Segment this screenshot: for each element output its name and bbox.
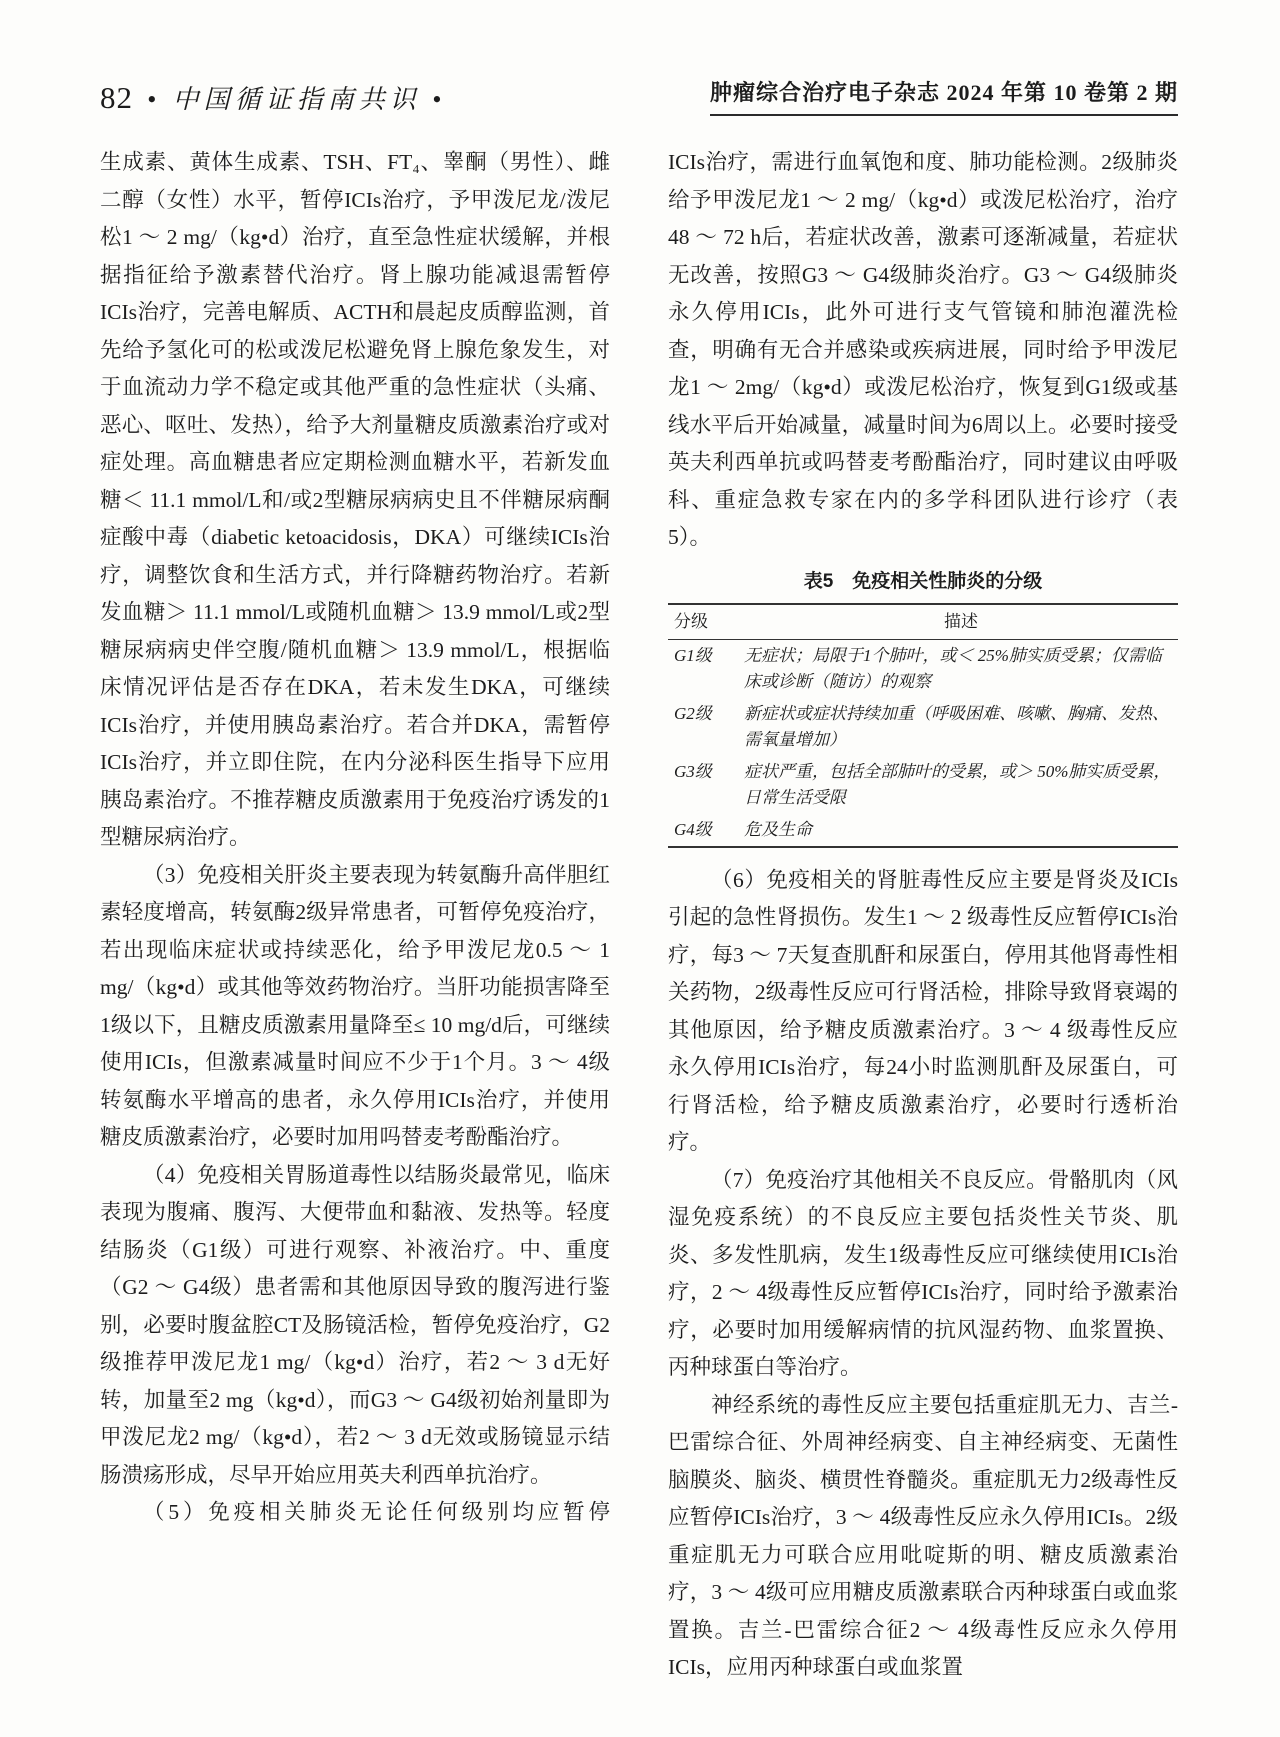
journal-page: 82 • 中国循证指南共识 • 肿瘤综合治疗电子杂志 2024 年第 10 卷第… <box>0 0 1280 1737</box>
paragraph-3-hepatitis: （3）免疫相关肝炎主要表现为转氨酶升高伴胆红素轻度增高，转氨酶2级异常患者，可暂… <box>100 857 610 1157</box>
table-row: G4级 危及生命 <box>668 814 1178 847</box>
grade-cell: G4级 <box>668 814 738 847</box>
table5-header-description: 描述 <box>738 604 1178 640</box>
description-cell: 症状严重，包括全部肺叶的受累，或＞ 50%肺实质受累，日常生活受限 <box>738 756 1178 814</box>
grade-cell: G1级 <box>668 639 738 698</box>
table-row: G2级 新症状或症状持续加重（呼吸困难、咳嗽、胸痛、发热、需氧量增加） <box>668 698 1178 756</box>
table5-title: 表5 免疫相关性肺炎的分级 <box>668 567 1178 597</box>
table5-pneumonitis-grading: 表5 免疫相关性肺炎的分级 分级 描述 G1级 无症状；局限于1个肺叶，或＜ 2… <box>668 567 1178 848</box>
grade-cell: G3级 <box>668 756 738 814</box>
paragraph-5-pneumonitis-start: （5）免疫相关肺炎无论任何级别均应暂停 <box>100 1494 610 1532</box>
page-number: 82 <box>100 80 133 116</box>
paragraph-endocrine-continuation: 生成素、黄体生成素、TSH、FT₄、睾酮（男性）、雌二醇（女性）水平，暂停ICI… <box>100 144 610 857</box>
paragraph-7-other-adverse: （7）免疫治疗其他相关不良反应。骨骼肌肉（风湿免疫系统）的不良反应主要包括炎性关… <box>668 1162 1178 1387</box>
table-row: G1级 无症状；局限于1个肺叶，或＜ 25%肺实质受累；仅需临床或诊断（随访）的… <box>668 639 1178 698</box>
table5: 分级 描述 G1级 无症状；局限于1个肺叶，或＜ 25%肺实质受累；仅需临床或诊… <box>668 603 1178 848</box>
journal-issue-title: 肿瘤综合治疗电子杂志 2024 年第 10 卷第 2 期 <box>710 76 1178 116</box>
two-column-body: 生成素、黄体生成素、TSH、FT₄、睾酮（男性）、雌二醇（女性）水平，暂停ICI… <box>100 144 1178 1687</box>
paragraph-pneumonitis-continuation: ICIs治疗，需进行血氧饱和度、肺功能检测。2级肺炎给予甲泼尼龙1 ～ 2 mg… <box>668 144 1178 557</box>
header-left: 82 • 中国循证指南共识 • <box>100 79 446 116</box>
right-column: ICIs治疗，需进行血氧饱和度、肺功能检测。2级肺炎给予甲泼尼龙1 ～ 2 mg… <box>668 144 1178 1687</box>
description-cell: 无症状；局限于1个肺叶，或＜ 25%肺实质受累；仅需临床或诊断（随访）的观察 <box>738 639 1178 698</box>
description-cell: 危及生命 <box>738 814 1178 847</box>
grade-cell: G2级 <box>668 698 738 756</box>
paragraph-4-gi-toxicity: （4）免疫相关胃肠道毒性以结肠炎最常见，临床表现为腹痛、腹泻、大便带血和黏液、发… <box>100 1157 610 1495</box>
page-header: 82 • 中国循证指南共识 • 肿瘤综合治疗电子杂志 2024 年第 10 卷第… <box>100 70 1178 116</box>
table5-header-row: 分级 描述 <box>668 604 1178 640</box>
paragraph-6-renal-toxicity: （6）免疫相关的肾脏毒性反应主要是肾炎及ICIs引起的急性肾损伤。发生1 ～ 2… <box>668 862 1178 1162</box>
description-cell: 新症状或症状持续加重（呼吸困难、咳嗽、胸痛、发热、需氧量增加） <box>738 698 1178 756</box>
table5-header-grade: 分级 <box>668 604 738 640</box>
left-column: 生成素、黄体生成素、TSH、FT₄、睾酮（男性）、雌二醇（女性）水平，暂停ICI… <box>100 144 610 1687</box>
table-row: G3级 症状严重，包括全部肺叶的受累，或＞ 50%肺实质受累，日常生活受限 <box>668 756 1178 814</box>
paragraph-neuro-toxicity: 神经系统的毒性反应主要包括重症肌无力、吉兰-巴雷综合征、外周神经病变、自主神经病… <box>668 1387 1178 1687</box>
journal-series-title: • 中国循证指南共识 • <box>147 79 446 116</box>
